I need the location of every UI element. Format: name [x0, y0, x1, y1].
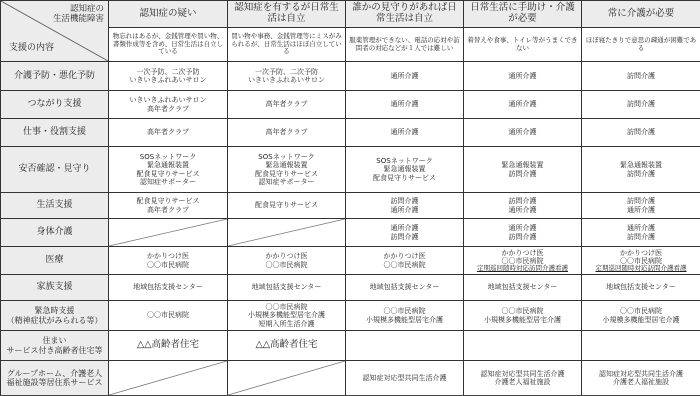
service-cell: 訪問介護通所介護 — [346, 193, 464, 219]
table-row: グループホーム、介護老人福祉施設等居住系サービス認知症対応型共同生活介護認知症対… — [1, 361, 700, 396]
service-item: いきいきふれあいサロン — [230, 76, 343, 84]
table-row: 仕事・役割支援高年者クラブ高年者クラブ通所介護通所介護訪問介護 — [1, 119, 700, 147]
service-item: 通所介護 — [584, 224, 698, 232]
service-item: いきいきふれあいサロン — [111, 96, 225, 104]
diagonal-slash-icon — [228, 219, 345, 246]
row-header: 安否確認・見守り — [1, 147, 109, 193]
table-row: 介護予防・悪化予防一次予防、二次予防いきいきふれあいサロン一次予防、二次予防いき… — [1, 62, 700, 91]
service-item: 地域包括支援センター — [584, 283, 698, 291]
service-item: 配食見守りサービス — [348, 174, 461, 182]
service-cell: SOSネットワーク緊急通報装置配食見守りサービス認知症サポーター — [228, 147, 346, 193]
service-cell: 訪問介護通所介護 — [582, 193, 700, 219]
service-cell: 緊急通報装置訪問介護 — [582, 147, 700, 193]
column-description-3: 服薬管理ができない、電話の応対や訪問者の対応などが１人では難しい — [346, 28, 464, 62]
service-cell: 〇〇市民病院小規模多機能型居宅介護短期入所生活介護 — [228, 301, 346, 331]
service-item: 短期入所生活介護 — [230, 320, 343, 328]
service-cell: かかりつけ医〇〇市民病院定期巡回随時対応訪問介護看護 — [464, 247, 582, 275]
service-cell: 訪問介護 — [582, 119, 700, 147]
service-cell: 地域包括支援センター — [582, 275, 700, 301]
service-item: 小規模多機能型居宅介護 — [584, 316, 698, 324]
service-item: 通所介護 — [466, 100, 579, 108]
service-cell: かかりつけ医〇〇市民病院定期巡回随時対応訪問介護看護 — [582, 247, 700, 275]
service-cell: かかりつけ医〇〇市民病院 — [109, 247, 228, 275]
service-item: 認知症対応型共同生活介護 — [466, 370, 579, 378]
column-header-5: 常に介護が必要 — [582, 1, 700, 28]
service-item: かかりつけ医 — [584, 249, 698, 257]
service-item: 介護老人福祉施設 — [584, 378, 698, 386]
service-item: 訪問介護 — [348, 197, 461, 205]
service-item: △△高齢者住宅 — [230, 340, 343, 351]
service-item: 高年者クラブ — [230, 100, 343, 108]
row-header: 医療 — [1, 247, 109, 275]
service-item: 介護老人福祉施設 — [466, 378, 579, 386]
row-header-line: 緊急時支援 — [3, 306, 106, 315]
service-item: 訪問介護 — [466, 197, 579, 205]
table-row: つながり支援いきいきふれあいサロン高年者クラブ高年者クラブ通所介護通所介護訪問介… — [1, 91, 700, 119]
service-item: 緊急通報装置 — [584, 161, 698, 169]
service-item: 緊急通報装置 — [111, 161, 225, 169]
service-item: 通所介護 — [348, 100, 461, 108]
service-item: 訪問介護 — [584, 128, 698, 136]
service-item: 配食見守りサービス — [111, 197, 225, 205]
service-cell — [582, 331, 700, 361]
service-item: 認知症サポーター — [111, 178, 225, 186]
service-cell: 認知症対応型共同生活介護 — [346, 361, 464, 396]
service-item: 通所介護 — [348, 72, 461, 80]
service-cell: 配食見守りサービス高年者クラブ — [109, 193, 228, 219]
service-cell: 通所介護訪問介護 — [464, 219, 582, 247]
table-row: 緊急時支援（精神症状がみられる等）〇〇市民病院〇〇市民病院小規模多機能型居宅介護… — [1, 301, 700, 331]
service-cell: 通所介護訪問介護 — [346, 219, 464, 247]
service-item: 〇〇市民病院 — [584, 307, 698, 315]
service-cell: 一次予防、二次予防いきいきふれあいサロン — [109, 62, 228, 91]
service-item: 地域包括支援センター — [111, 283, 225, 291]
service-cell: かかりつけ医〇〇市民病院 — [228, 247, 346, 275]
column-description-1: 物忘れはあるが、金銭管理や買い物、書類作成等を含め、日常生活は自立している — [109, 28, 228, 62]
row-header: つながり支援 — [1, 91, 109, 119]
service-item: 配食見守りサービス — [111, 170, 225, 178]
table-row: 安否確認・見守りSOSネットワーク緊急通報装置配食見守りサービス認知症サポーター… — [1, 147, 700, 193]
service-item: 通所介護 — [584, 206, 698, 214]
service-item: 訪問介護 — [584, 100, 698, 108]
service-cell: 〇〇市民病院小規模多機能型居宅介護 — [464, 301, 582, 331]
row-header: 住まいサービス付き高齢者住宅等 — [1, 331, 109, 361]
service-cell: 緊急通報装置訪問介護 — [464, 147, 582, 193]
service-item: 地域包括支援センター — [230, 283, 343, 291]
row-header: 生活支援 — [1, 193, 109, 219]
service-item: 緊急通報装置 — [348, 165, 461, 173]
service-item: 認知症対応型共同生活介護 — [584, 370, 698, 378]
row-header: 家族支援 — [1, 275, 109, 301]
service-cell: 高年者クラブ — [109, 119, 228, 147]
column-header-4: 日常生活に手助け・介護が必要 — [464, 1, 582, 28]
service-cell — [346, 331, 464, 361]
service-cell: 〇〇市民病院小規模多機能型居宅介護 — [346, 301, 464, 331]
service-cell: 地域包括支援センター — [346, 275, 464, 301]
service-item: 〇〇市民病院 — [111, 311, 225, 319]
service-cell: △△高齢者住宅 — [109, 331, 228, 361]
service-item: 小規模多機能型居宅介護 — [466, 316, 579, 324]
service-cell: SOSネットワーク緊急通報装置配食見守りサービス — [346, 147, 464, 193]
service-item: 通所介護 — [348, 206, 461, 214]
service-item: 訪問介護 — [466, 233, 579, 241]
service-cell: 〇〇市民病院小規模多機能型居宅介護 — [582, 301, 700, 331]
service-item: 高年者クラブ — [111, 105, 225, 113]
service-item: 地域包括支援センター — [348, 283, 461, 291]
service-cell: 〇〇市民病院 — [109, 301, 228, 331]
row-header-line: サービス付き高齢者住宅等 — [3, 346, 106, 355]
service-cell — [464, 331, 582, 361]
not-applicable-cell — [109, 219, 228, 247]
service-cell: 高年者クラブ — [228, 119, 346, 147]
service-cell: 訪問介護 — [582, 91, 700, 119]
row-header-line: グループホーム、介護老人 — [3, 369, 106, 378]
table-row: 医療かかりつけ医〇〇市民病院かかりつけ医〇〇市民病院かかりつけ医〇〇市民病院かか… — [1, 247, 700, 275]
table-row: 生活支援配食見守りサービス高年者クラブ配食見守りサービス訪問介護通所介護訪問介護… — [1, 193, 700, 219]
service-cell: いきいきふれあいサロン高年者クラブ — [109, 91, 228, 119]
service-item: 〇〇市民病院 — [348, 307, 461, 315]
service-cell: 通所介護 — [346, 91, 464, 119]
service-item: 地域包括支援センター — [466, 283, 579, 291]
service-cell: △△高齢者住宅 — [228, 331, 346, 361]
column-header-1: 認知症の疑い — [109, 1, 228, 28]
service-item: 訪問介護 — [584, 197, 698, 205]
service-item: 通所介護 — [466, 206, 579, 214]
service-item: 通所介護 — [348, 128, 461, 136]
service-item: 配食見守りサービス — [230, 170, 343, 178]
row-header: グループホーム、介護老人福祉施設等居住系サービス — [1, 361, 109, 396]
service-item: かかりつけ医 — [466, 249, 579, 257]
service-cell: 地域包括支援センター — [109, 275, 228, 301]
service-item: いきいきふれあいサロン — [111, 76, 225, 84]
service-item: △△高齢者住宅 — [111, 340, 225, 351]
service-item: かかりつけ医 — [348, 252, 461, 260]
service-item: 通所介護 — [348, 224, 461, 232]
column-description-2: 買い物や事務、金銭管理等にミスがみられるが、日常生活はほぼ自立している — [228, 28, 346, 62]
service-item: 緊急通報装置 — [230, 161, 343, 169]
service-item: 小規模多機能型居宅介護 — [230, 311, 343, 319]
service-item: 訪問介護 — [348, 233, 461, 241]
table-row: 住まいサービス付き高齢者住宅等△△高齢者住宅△△高齢者住宅 — [1, 331, 700, 361]
service-item: かかりつけ医 — [111, 252, 225, 260]
service-cell: 地域包括支援センター — [464, 275, 582, 301]
service-cell: 通所介護 — [346, 62, 464, 91]
service-item: 一次予防、二次予防 — [111, 68, 225, 76]
service-item: かかりつけ医 — [230, 252, 343, 260]
column-header-2: 認知症を有するが日常生活は自立 — [228, 1, 346, 28]
row-header: 身体介護 — [1, 219, 109, 247]
table-row: 身体介護通所介護訪問介護通所介護訪問介護通所介護訪問介護 — [1, 219, 700, 247]
service-cell: 通所介護 — [346, 119, 464, 147]
corner-top-line2: 生活機能障害 — [53, 14, 104, 24]
column-description-5: ほぼ寝たきりで意思の疎通が困難である — [582, 28, 700, 62]
diagonal-slash-icon — [228, 361, 345, 395]
service-cell: 訪問介護通所介護 — [464, 193, 582, 219]
row-header-line: （精神症状がみられる等） — [3, 316, 106, 325]
service-item: 通所介護 — [466, 224, 579, 232]
service-cell: かかりつけ医〇〇市民病院 — [346, 247, 464, 275]
service-item: 緊急通報装置 — [466, 161, 579, 169]
service-cell: 高年者クラブ — [228, 91, 346, 119]
service-cell: 地域包括支援センター — [228, 275, 346, 301]
service-cell: 訪問介護 — [582, 62, 700, 91]
service-item: 一次予防、二次予防 — [230, 68, 343, 76]
diagonal-slash-icon — [109, 361, 227, 395]
service-item: 認知症サポーター — [230, 178, 343, 186]
service-cell: 配食見守りサービス — [228, 193, 346, 219]
service-item: 〇〇市民病院 — [230, 261, 343, 269]
service-item: 定期巡回随時対応訪問介護看護 — [584, 265, 698, 272]
service-item: 通所介護 — [466, 128, 579, 136]
service-item: 小規模多機能型居宅介護 — [348, 316, 461, 324]
service-cell: 通所介護 — [464, 91, 582, 119]
corner-bottom-label: 支援の内容 — [9, 43, 54, 53]
service-item: 高年者クラブ — [230, 128, 343, 136]
service-cell: 一次予防、二次予防いきいきふれあいサロン — [228, 62, 346, 91]
not-applicable-cell — [109, 361, 228, 396]
corner-header: 認知症の生活機能障害 支援の内容 — [1, 1, 109, 62]
service-cell: 通所介護 — [464, 119, 582, 147]
service-item: 認知症対応型共同生活介護 — [348, 374, 461, 382]
service-item: 訪問介護 — [584, 233, 698, 241]
row-header: 緊急時支援（精神症状がみられる等） — [1, 301, 109, 331]
service-item: 訪問介護 — [584, 170, 698, 178]
service-item: 〇〇市民病院 — [466, 307, 579, 315]
dementia-care-pathway-table: 認知症の生活機能障害 支援の内容 認知症の疑い 認知症を有するが日常生活は自立 … — [0, 0, 700, 396]
row-header: 仕事・役割支援 — [1, 119, 109, 147]
service-item: 高年者クラブ — [111, 206, 225, 214]
not-applicable-cell — [228, 219, 346, 247]
service-item: 定期巡回随時対応訪問介護看護 — [466, 265, 579, 272]
service-cell: 通所介護訪問介護 — [582, 219, 700, 247]
row-header: 介護予防・悪化予防 — [1, 62, 109, 91]
service-cell: 認知症対応型共同生活介護介護老人福祉施設 — [464, 361, 582, 396]
service-item: 通所介護 — [466, 72, 579, 80]
corner-top-line1: 認知症の — [53, 4, 104, 14]
service-item: 高年者クラブ — [111, 128, 225, 136]
service-item: 配食見守りサービス — [230, 201, 343, 209]
not-applicable-cell — [228, 361, 346, 396]
column-header-3: 誰かの見守りがあれば日常生活は自立 — [346, 1, 464, 28]
service-item: 〇〇市民病院 — [111, 261, 225, 269]
row-header-line: 住まい — [3, 336, 106, 345]
service-item: 訪問介護 — [466, 170, 579, 178]
table-row: 家族支援地域包括支援センター地域包括支援センター地域包括支援センター地域包括支援… — [1, 275, 700, 301]
service-item: 〇〇市民病院 — [348, 261, 461, 269]
service-item: 訪問介護 — [584, 72, 698, 80]
service-cell: 通所介護 — [464, 62, 582, 91]
service-cell: SOSネットワーク緊急通報装置配食見守りサービス認知症サポーター — [109, 147, 228, 193]
diagonal-slash-icon — [109, 219, 227, 246]
column-description-4: 着替えや食事、トイレ等がうまくできない — [464, 28, 582, 62]
row-header-line: 福祉施設等居住系サービス — [3, 378, 106, 387]
service-cell: 認知症対応型共同生活介護介護老人福祉施設 — [582, 361, 700, 396]
